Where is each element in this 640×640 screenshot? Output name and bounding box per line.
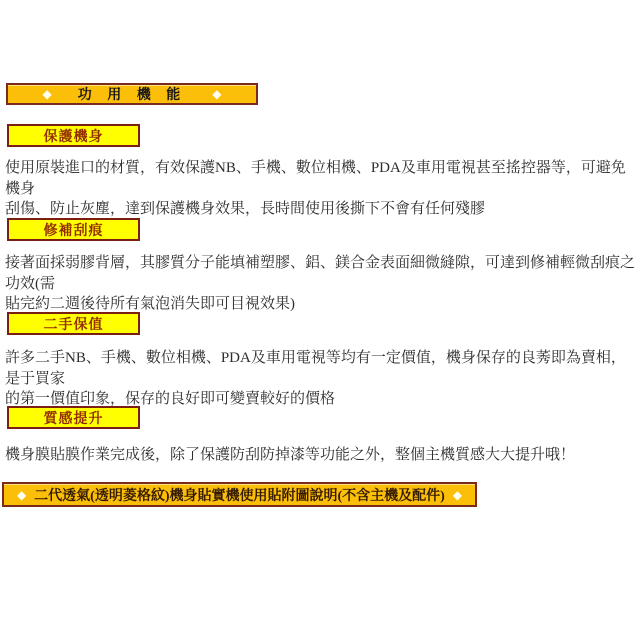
- diamond-icon: ◆: [43, 88, 52, 100]
- features-banner: ◆ 功 用 機 能 ◆: [6, 83, 258, 105]
- usage-instructions-banner: ◆ 二代透氣(透明菱格紋)機身貼實機使用貼附圖說明(不含主機及配件) ◆: [2, 482, 477, 507]
- page: { "colors": { "banner_background": "#fbb…: [0, 0, 640, 640]
- diamond-icon: ◆: [453, 489, 462, 501]
- section-body-protect-body: 使用原裝進口的材質，有效保護NB、手機、數位相機、PDA及車用電視甚至搖控器等，…: [5, 158, 639, 220]
- section-header-secondhand-value: 二手保值: [7, 312, 140, 335]
- section-header-label: 保護機身: [44, 126, 104, 146]
- section-body-repair-scratches: 接著面採弱膠背層，其膠質分子能填補塑膠、鋁、鎂合金表面細微縫隙，可達到修補輕微刮…: [5, 253, 639, 315]
- section-header-repair-scratches: 修補刮痕: [7, 218, 140, 241]
- section-header-label: 質感提升: [44, 408, 104, 428]
- diamond-icon: ◆: [212, 88, 221, 100]
- section-header-label: 二手保值: [44, 314, 104, 334]
- usage-instructions-banner-title: 二代透氣(透明菱格紋)機身貼實機使用貼附圖說明(不含主機及配件): [34, 485, 445, 505]
- section-header-label: 修補刮痕: [44, 220, 104, 240]
- features-banner-title: 功 用 機 能: [78, 84, 187, 104]
- section-header-texture-upgrade: 質感提升: [7, 406, 140, 429]
- section-body-secondhand-value: 許多二手NB、手機、數位相機、PDA及車用電視等均有一定價值，機身保存的良莠即為…: [5, 348, 639, 410]
- diamond-icon: ◆: [17, 489, 26, 501]
- section-header-protect-body: 保護機身: [7, 124, 140, 147]
- section-body-texture-upgrade: 機身膜貼膜作業完成後，除了保護防刮防掉漆等功能之外，整個主機質感大大提升哦！: [5, 445, 639, 466]
